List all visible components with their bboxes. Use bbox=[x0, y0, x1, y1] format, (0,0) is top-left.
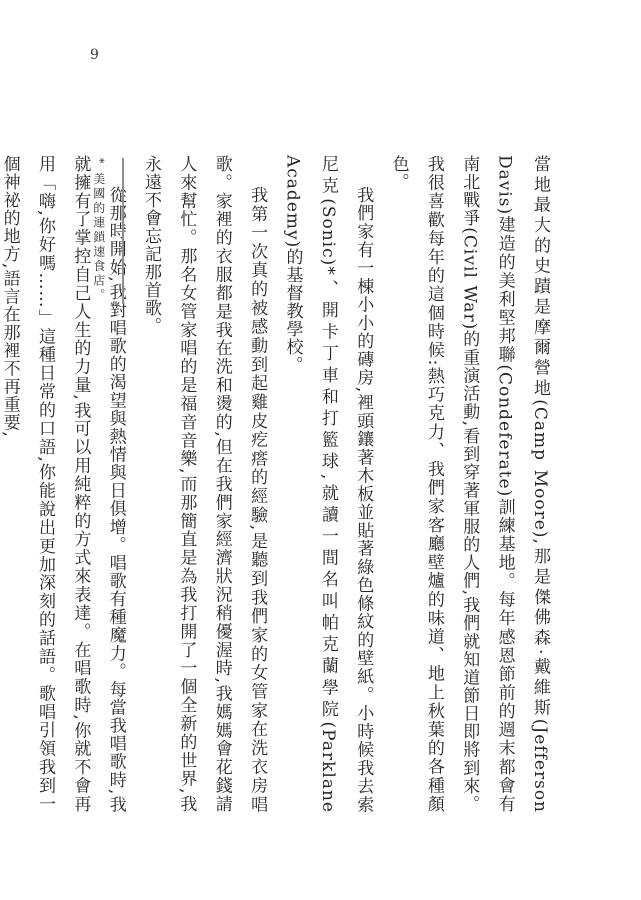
paragraph: 我第一次真的被感動到起雞皮疙瘩的經驗,是聽到我們家的女管家在洗衣房唱歌。家裡的衣… bbox=[133, 155, 274, 813]
paragraph: 我們家有一棟小小的磚房,裡頭鑲著木板並貼著綠色條紋的壁紙。小時候我去索尼克(So… bbox=[274, 155, 380, 813]
footnote: * 美國的連鎖速食店。 bbox=[90, 158, 124, 308]
paragraph: 當地最大的史蹟是摩爾營地(Camp Moore),那是傑佛森·戴維斯(Jeffe… bbox=[380, 155, 557, 813]
book-page: 9 當地最大的史蹟是摩爾營地(Camp Moore),那是傑佛森·戴維斯(Jef… bbox=[0, 0, 641, 900]
page-number: 9 bbox=[90, 47, 99, 63]
footnote-divider bbox=[122, 158, 124, 304]
footnote-text: * 美國的連鎖速食店。 bbox=[90, 158, 107, 308]
footnote-marker: * bbox=[93, 158, 106, 166]
main-text-block: 當地最大的史蹟是摩爾營地(Camp Moore),那是傑佛森·戴維斯(Jeffe… bbox=[119, 155, 557, 813]
footnote-label: 美國的連鎖速食店。 bbox=[92, 172, 106, 303]
